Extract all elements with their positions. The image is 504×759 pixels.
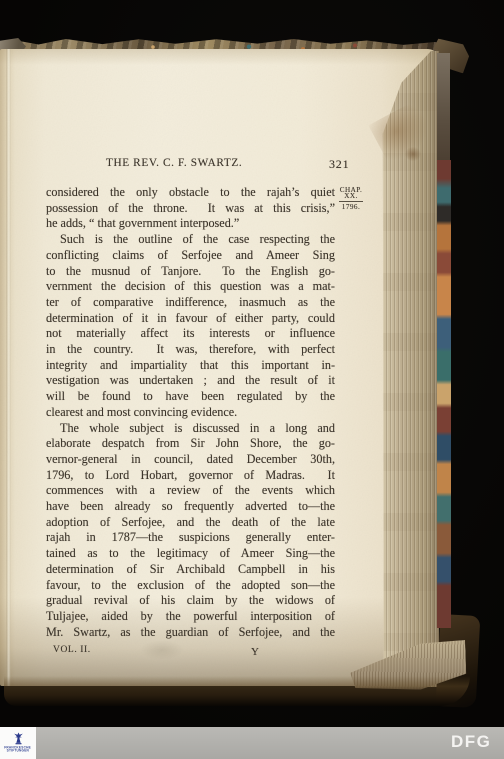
- text-line: he adds, “ that government interposed.”: [46, 216, 335, 232]
- text-line: determination of Sir Archibald Campbell …: [46, 562, 335, 578]
- book-bottom-edge: [4, 676, 470, 706]
- text-line: favour, to the exclusion of the adopted …: [46, 578, 335, 594]
- text-line: Tuljajee, aided by the powerful interpos…: [46, 609, 335, 625]
- institution-name-line2: STIFTUNGEN: [7, 749, 29, 752]
- book-page: THE REV. C. F. SWARTZ. 321 CHAP. XX. 179…: [0, 49, 438, 686]
- scan-footer-bar: FRANCKESCHE STIFTUNGEN DFG: [0, 727, 504, 759]
- text-line: considered the only obstacle to the raja…: [46, 185, 335, 201]
- text-line: determination of it in favour of either …: [46, 311, 335, 327]
- text-line: 1796, to Lord Hobart, governor of Madras…: [46, 468, 335, 484]
- page-text: considered the only obstacle to the raja…: [46, 185, 335, 640]
- page-number: 321: [329, 157, 349, 172]
- franckesche-stiftungen-eagle-icon: [13, 732, 24, 745]
- text-line: gradual revival of his claim by the wido…: [46, 593, 335, 609]
- stain-bottom-left: [140, 640, 184, 660]
- text-line: integrity and impartiality that this imp…: [46, 358, 335, 374]
- volume-label: VOL. II.: [53, 645, 91, 655]
- text-line: rajah in 1787—the suspicions generally e…: [46, 530, 335, 546]
- text-line: will be found to have been regulated by …: [46, 389, 335, 405]
- text-line: tained as to the legitimacy of Ameer Sin…: [46, 546, 335, 562]
- text-line: vernment the decision of this question w…: [46, 279, 335, 295]
- paragraph: considered the only obstacle to the raja…: [46, 185, 335, 232]
- text-line: commences with a review of the events wh…: [46, 483, 335, 499]
- stain-spot: [404, 146, 422, 162]
- chapter-year: 1796.: [330, 204, 372, 210]
- signature-letter: Y: [251, 646, 259, 658]
- text-line: The whole subject is discussed in a long…: [46, 421, 335, 437]
- running-title: THE REV. C. F. SWARTZ.: [106, 157, 242, 169]
- paragraph: The whole subject is discussed in a long…: [46, 421, 335, 641]
- text-line: ter of comparative indifference, inasmuc…: [46, 295, 335, 311]
- institution-logo-box: FRANCKESCHE STIFTUNGEN: [0, 727, 36, 759]
- text-line: Mr. Swartz, as the guardian of Serfojee,…: [46, 625, 335, 641]
- text-line: clearest and most convincing evidence.: [46, 405, 335, 421]
- text-line: adoption of Serfojee, and the death of t…: [46, 515, 335, 531]
- text-line: vernor-general in council, dated Decembe…: [46, 452, 335, 468]
- text-line: elaborate despatch from Sir John Shore, …: [46, 436, 335, 452]
- marbled-cover-edge: [437, 160, 451, 628]
- chapter-note: CHAP. XX. 1796.: [330, 187, 372, 211]
- text-line: conflicting claims of Serfojee and Ameer…: [46, 248, 335, 264]
- text-line: Such is the outline of the case respecti…: [46, 232, 335, 248]
- paragraph: Such is the outline of the case respecti…: [46, 232, 335, 420]
- text-line: possession of the throne. It was at this…: [46, 201, 335, 217]
- text-line: have been already so frequently adverted…: [46, 499, 335, 515]
- institution-name: FRANCKESCHE STIFTUNGEN: [0, 746, 48, 755]
- chapter-number: XX.: [330, 193, 372, 199]
- fore-edge-shadow: [437, 53, 450, 167]
- text-line: not materially affect its interests or i…: [46, 326, 335, 342]
- text-line: vestigation was undertaken ; and the res…: [46, 373, 335, 389]
- text-line: to the musnud of Tanjore. To the English…: [46, 264, 335, 280]
- book-photo: THE REV. C. F. SWARTZ. 321 CHAP. XX. 179…: [0, 0, 504, 759]
- dfg-logo: DFG: [451, 732, 491, 752]
- text-line: in the country. It was, therefore, with …: [46, 342, 335, 358]
- scan-viewport: THE REV. C. F. SWARTZ. 321 CHAP. XX. 179…: [0, 0, 504, 759]
